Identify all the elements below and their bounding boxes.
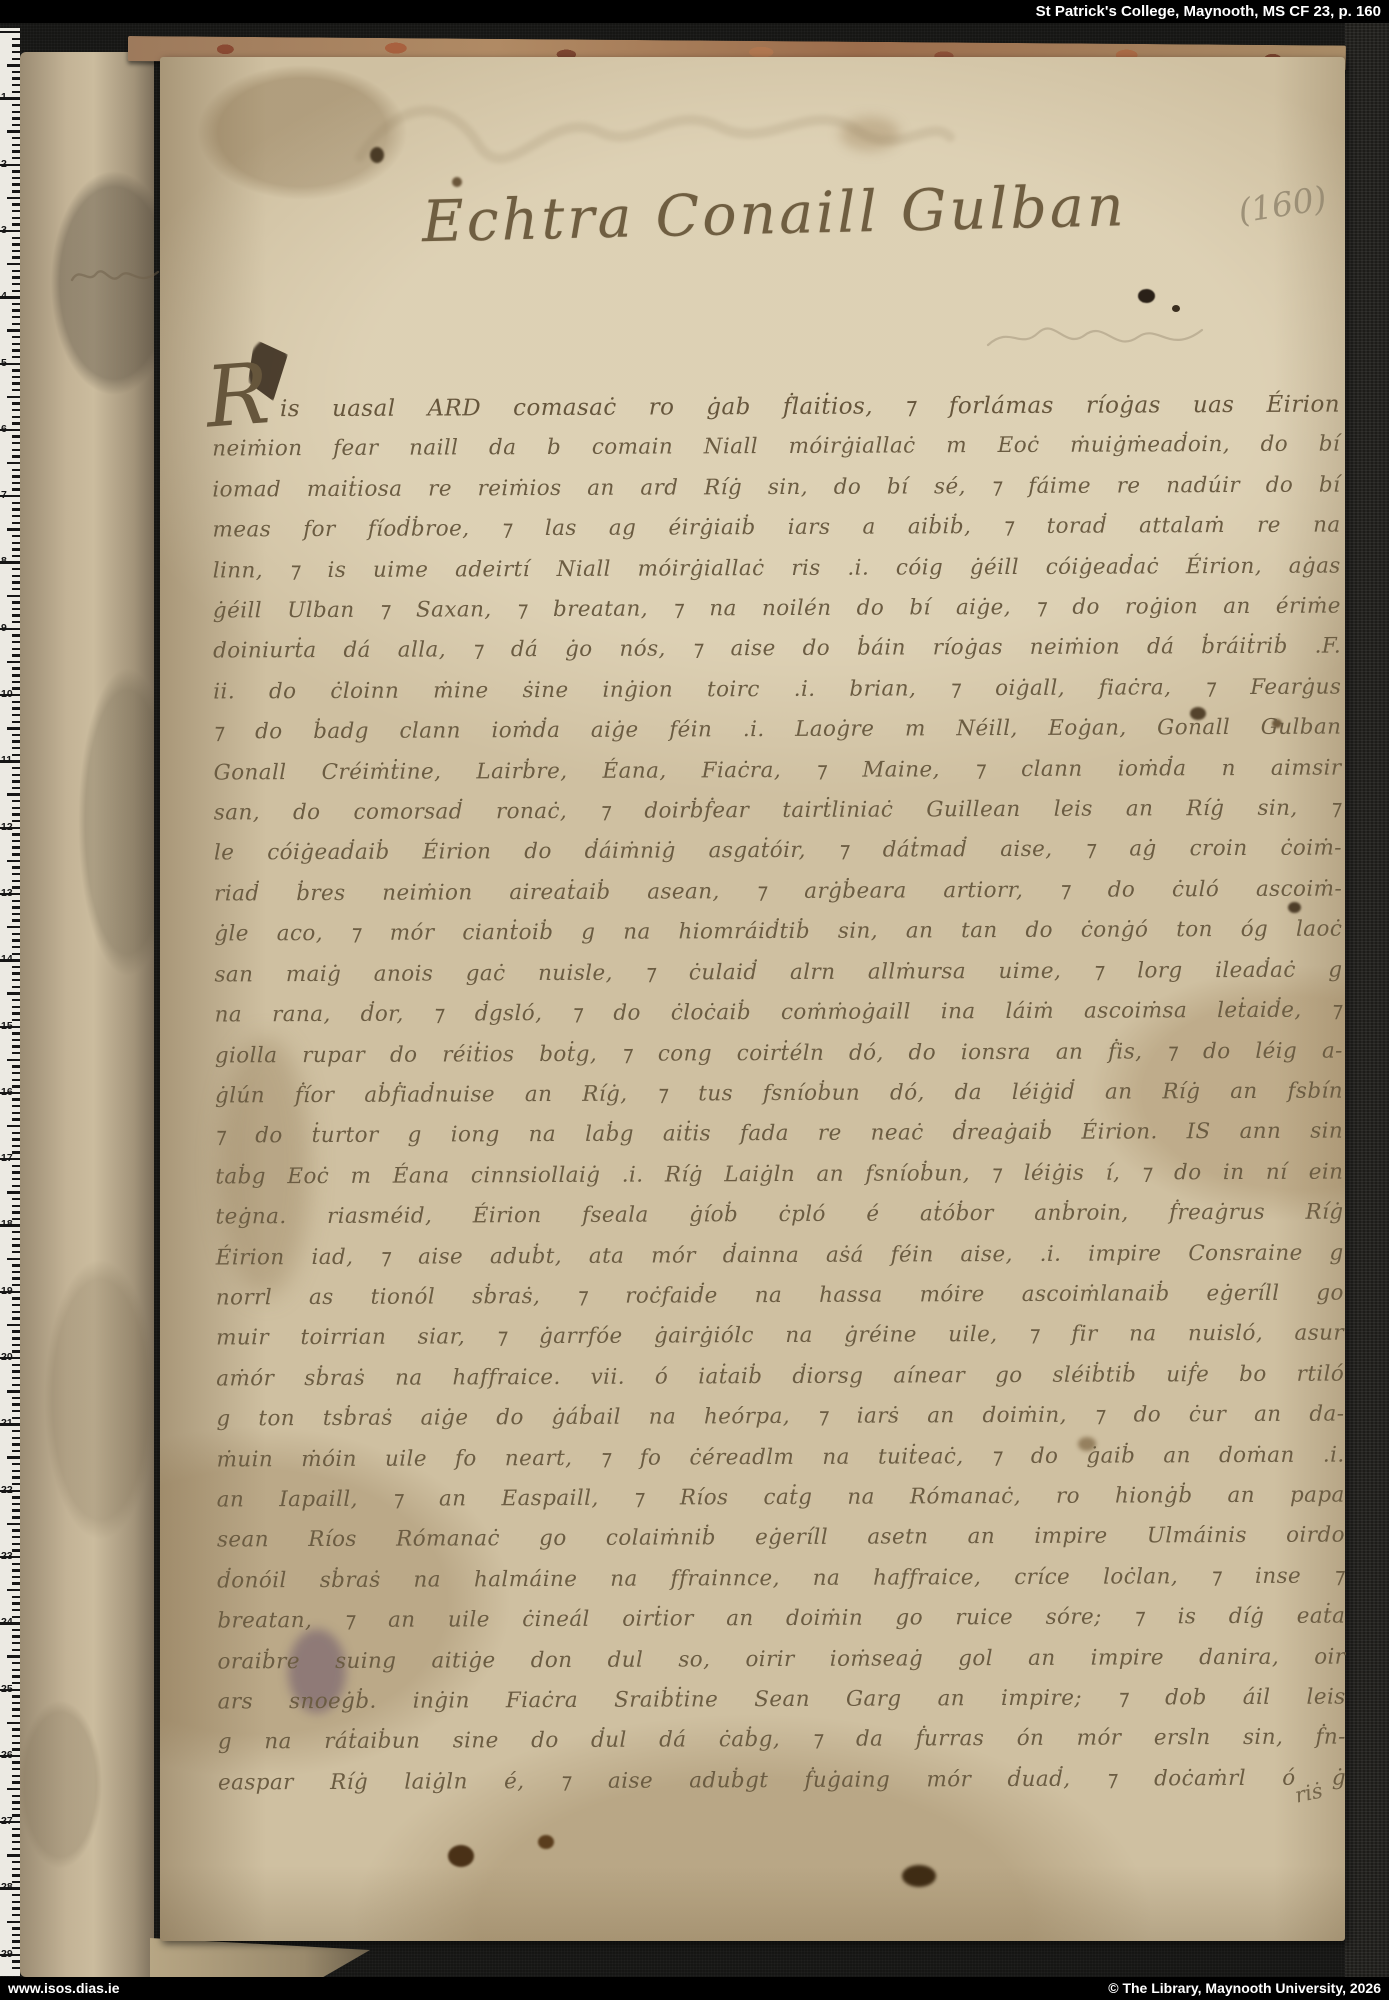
ruler-tick — [12, 846, 21, 848]
ruler-tick — [12, 111, 21, 113]
ruler-tick — [12, 1132, 21, 1134]
ruler-number: 22 — [1, 1484, 13, 1496]
ruler-tick — [12, 183, 21, 185]
ruler-tick — [0, 31, 20, 33]
ruler-tick — [7, 1059, 20, 1061]
ruler-tick — [7, 1390, 20, 1392]
manuscript-line: ġle aco, ⁊ mór cianṫoiḃ g na hiomráiḋtiḃ… — [214, 910, 1342, 955]
ruler-tick — [7, 1456, 20, 1458]
ruler-tick — [12, 522, 21, 524]
tale-title: Echtra Conaill Gulban — [421, 169, 1327, 256]
manuscript-line: Éirion iad, ⁊ aise aduḃt, ata mór ḋainna… — [216, 1233, 1344, 1278]
ruler-number: 2 — [1, 158, 13, 170]
ruler-tick — [12, 1364, 21, 1366]
ruler-tick — [12, 1430, 21, 1432]
ruler-tick — [12, 190, 21, 192]
ruler-tick — [12, 104, 21, 106]
ruler-tick — [12, 442, 21, 444]
ruler-tick — [12, 1596, 21, 1598]
ruler-tick — [12, 1901, 21, 1903]
ruler-tick — [12, 416, 21, 418]
ruler-tick — [12, 986, 21, 988]
ruler-tick — [12, 913, 21, 915]
manuscript-line: linn, ⁊ is uime adeirtí Niall móirġialla… — [213, 546, 1341, 591]
ruler-tick — [12, 1470, 21, 1472]
ruler-tick — [12, 667, 21, 669]
ruler-tick — [12, 1695, 21, 1697]
ruler-tick — [12, 1443, 21, 1445]
ruler-tick — [12, 767, 21, 769]
ruler-tick — [12, 1244, 21, 1246]
ruler-tick — [7, 793, 20, 795]
ruler-tick — [7, 1788, 20, 1790]
ruler-tick — [12, 1344, 21, 1346]
manuscript-line: taḃg Eoċ m Éana cinnsiollaiġ .i. Ríġ Lai… — [215, 1152, 1343, 1197]
ruler-tick — [12, 1065, 21, 1067]
ruler-tick — [12, 1735, 21, 1737]
ruler-tick — [12, 1277, 21, 1279]
fox-stain — [840, 117, 900, 151]
ruler-tick — [12, 1629, 21, 1631]
ruler-tick — [12, 1185, 21, 1187]
ruler-tick — [12, 1052, 21, 1054]
ruler-tick — [12, 641, 21, 643]
ruler-tick — [12, 747, 21, 749]
ruler-tick — [12, 999, 21, 1001]
ruler-tick — [12, 906, 21, 908]
ruler-tick — [12, 177, 21, 179]
manuscript-line: ⁊ do ḃadg clann ioṁḋa aiġe féin .i. Laoġ… — [213, 708, 1341, 753]
ruler-number: 21 — [1, 1417, 13, 1429]
ruler-tick — [12, 900, 21, 902]
ruler-number: 23 — [1, 1550, 13, 1562]
ruler-tick — [12, 1927, 21, 1929]
ruler-tick — [12, 170, 21, 172]
ruler-tick — [12, 1496, 21, 1498]
manuscript-line: ⁊ do ṫurtor g iong na laḃg aiṫis fada re… — [215, 1112, 1343, 1157]
ruler-tick — [12, 270, 21, 272]
ruler-tick — [12, 740, 21, 742]
ruler-tick — [7, 1921, 20, 1923]
ruler-tick — [12, 1602, 21, 1604]
ruler-tick — [12, 1834, 21, 1836]
ruler-tick — [12, 203, 21, 205]
ruler-tick — [7, 197, 20, 199]
ruler-tick — [12, 1211, 21, 1213]
ruler-tick — [12, 681, 21, 683]
ruler-tick — [12, 502, 21, 504]
manuscript-line: sean Ríos Rómanaċ go colaiṁniḃ eġeríll a… — [217, 1516, 1345, 1561]
ruler-tick — [12, 389, 21, 391]
ruler-tick — [12, 1543, 21, 1545]
ruler-tick — [12, 780, 21, 782]
ruler-tick — [12, 734, 21, 736]
ruler-tick — [12, 608, 21, 610]
footer-bar: www.isos.dias.ie © The Library, Maynooth… — [0, 1977, 1389, 2000]
ruler-tick — [12, 568, 21, 570]
ruler-tick — [12, 1403, 21, 1405]
ruler-tick — [12, 382, 21, 384]
ruler-tick — [12, 455, 21, 457]
ruler-tick — [12, 813, 21, 815]
ink-spot — [1172, 305, 1180, 312]
ruler-tick — [12, 1516, 21, 1518]
ruler-tick — [12, 1848, 21, 1850]
ruler-tick — [12, 1563, 21, 1565]
ruler-tick — [12, 1437, 21, 1439]
ruler-tick — [12, 1861, 21, 1863]
ruler-tick — [12, 1205, 21, 1207]
ruler-tick — [12, 1662, 21, 1664]
ruler-tick — [7, 1258, 20, 1260]
ruler-tick — [12, 1045, 21, 1047]
ruler-tick — [12, 648, 21, 650]
ruler-tick — [12, 1609, 21, 1611]
ruler-tick — [12, 84, 21, 86]
ruler-tick — [12, 515, 21, 517]
ruler-number: 28 — [1, 1881, 13, 1893]
ruler-tick — [12, 309, 21, 311]
ruler-tick — [7, 661, 20, 663]
ruler-tick — [12, 787, 21, 789]
ruler-tick — [12, 1894, 21, 1896]
manuscript-text-block: R is uasal ARD comasaċ ro ġab ḟlaiṫios, … — [212, 385, 1346, 1804]
ruler-tick — [12, 1463, 21, 1465]
ruler-tick — [12, 1165, 21, 1167]
ruler-tick — [7, 926, 20, 928]
ruler-tick — [12, 800, 21, 802]
header-bar: St Patrick's College, Maynooth, MS CF 23… — [0, 0, 1389, 23]
ruler-tick — [12, 707, 21, 709]
ruler-tick — [12, 1669, 21, 1671]
ruler-tick — [12, 1960, 21, 1962]
ruler-tick — [12, 1828, 21, 1830]
brown-spot — [902, 1865, 936, 1887]
ruler-tick — [12, 1198, 21, 1200]
ruler-tick — [12, 654, 21, 656]
ruler-tick — [12, 124, 21, 126]
ruler-tick — [12, 1311, 21, 1313]
ruler-tick — [12, 972, 21, 974]
ruler-tick — [12, 51, 21, 53]
manuscript-line: ġlún ḟíor aḃḟiaḋnuise an Ríġ, ⁊ tus fsní… — [215, 1071, 1343, 1116]
ruler-tick — [7, 130, 20, 132]
manuscript-line: san, do comorsaḋ ronaċ, ⁊ doirḃḟear tair… — [214, 789, 1342, 834]
ruler-number: 25 — [1, 1683, 13, 1695]
ruler-tick — [7, 1722, 20, 1724]
ruler-tick — [12, 1171, 21, 1173]
ruler-number: 19 — [1, 1285, 13, 1297]
manuscript-line: is uasal ARD comasaċ ro ġab ḟlaiṫios, ⁊ … — [212, 385, 1340, 430]
manuscript-line: teġna. riasméid, Éirion fseala ġíoḃ ċpló… — [215, 1193, 1343, 1238]
ruler-tick — [12, 833, 21, 835]
ruler-number: 1 — [1, 91, 13, 103]
ruler-tick — [12, 1377, 21, 1379]
ruler-tick — [12, 409, 21, 411]
ruler-tick — [7, 263, 20, 265]
ruler-tick — [12, 548, 21, 550]
shelfmark-caption: St Patrick's College, Maynooth, MS CF 23… — [1036, 3, 1381, 20]
ruler-tick — [12, 1569, 21, 1571]
ruler-tick — [12, 1503, 21, 1505]
ruler-tick — [12, 38, 21, 40]
ruler-tick — [12, 349, 21, 351]
ruler-tick — [12, 1801, 21, 1803]
manuscript-line: le cóiġeaḋaiḃ Éirion do ḋáiṁniġ asgaṫóir… — [214, 829, 1342, 874]
ruler-number: 11 — [1, 754, 13, 766]
ruler-tick — [12, 1072, 21, 1074]
ruler-tick — [12, 1337, 21, 1339]
ruler-tick — [12, 44, 21, 46]
ruler-tick — [12, 469, 21, 471]
ruler-tick — [12, 336, 21, 338]
ruler-number: 4 — [1, 290, 13, 302]
manuscript-line: iomad maiṫiosa re reiṁios an ard Ríġ sin… — [212, 465, 1340, 510]
ruler-number: 5 — [1, 357, 13, 369]
ruler-tick — [12, 614, 21, 616]
manuscript-line: giolla rupar do réiṫios boṫg, ⁊ cong coi… — [215, 1031, 1343, 1076]
faint-annotation-scribble — [980, 295, 1210, 365]
manuscript-line: Gonall Créiṁṫine, Lairḃre, Éana, Fiaċra,… — [214, 748, 1342, 793]
ruler-tick — [7, 1589, 20, 1591]
ruler-tick — [12, 376, 21, 378]
ruler-tick — [12, 1410, 21, 1412]
ruler-tick — [12, 1702, 21, 1704]
ruler-tick — [12, 1675, 21, 1677]
ruler-number: 20 — [1, 1351, 13, 1363]
ruler-tick — [12, 435, 21, 437]
ruler-tick — [12, 1761, 21, 1763]
ruler-tick — [12, 674, 21, 676]
ruler-tick — [7, 329, 20, 331]
ruler-tick — [12, 919, 21, 921]
ruler-tick — [12, 1304, 21, 1306]
ruler-tick — [7, 1324, 20, 1326]
ruler-tick — [12, 117, 21, 119]
ruler-tick — [12, 144, 21, 146]
ruler-tick — [12, 1079, 21, 1081]
ruler-tick — [12, 979, 21, 981]
ruler-tick — [12, 137, 21, 139]
manuscript-line: ii. do ċloinn ṁine ṡine inġion toirc .i.… — [213, 667, 1341, 712]
ruler-tick — [12, 449, 21, 451]
ruler-tick — [12, 1576, 21, 1578]
ruler-number: 3 — [1, 224, 13, 236]
ruler-tick — [7, 1854, 20, 1856]
manuscript-line: doiniurṫa dá alla, ⁊ dá ġo nós, ⁊ aise d… — [213, 627, 1341, 672]
ruler-tick — [7, 1125, 20, 1127]
ruler-number: 24 — [1, 1616, 13, 1628]
ruler-tick — [7, 1655, 20, 1657]
manuscript-line: breatan, ⁊ an uile ċineál oirṫior an doi… — [217, 1597, 1345, 1642]
ruler-tick — [12, 1808, 21, 1810]
ruler-number: 10 — [1, 688, 13, 700]
manuscript-line: ġéill Ulban ⁊ Saxan, ⁊ breatan, ⁊ na noi… — [213, 587, 1341, 632]
ruler-number: 26 — [1, 1749, 13, 1761]
ruler-number: 27 — [1, 1815, 13, 1827]
ruler-tick — [12, 482, 21, 484]
ruler-tick — [12, 1907, 21, 1909]
brown-spot — [448, 1845, 474, 1867]
ruler-tick — [12, 256, 21, 258]
ruler-tick — [12, 1032, 21, 1034]
ruler-tick — [12, 1476, 21, 1478]
manuscript-line: norrl as tionól sḃraṡ, ⁊ roċfaiḋe na has… — [216, 1273, 1344, 1318]
ruler-tick — [12, 475, 21, 477]
ruler-number: 17 — [1, 1152, 13, 1164]
ruler-number: 15 — [1, 1020, 13, 1032]
ruler-tick — [12, 1370, 21, 1372]
backdrop-cloth — [1345, 23, 1389, 1977]
ruler-tick — [12, 1271, 21, 1273]
ruler-tick — [7, 528, 20, 530]
ruler-number: 7 — [1, 489, 13, 501]
ruler-tick — [12, 283, 21, 285]
ruler-tick — [12, 1529, 21, 1531]
manuscript-line: neiṁion fear naill da b comain Niall mói… — [212, 425, 1340, 470]
ruler-tick — [12, 369, 21, 371]
ruler-tick — [12, 1874, 21, 1876]
ruler-tick — [12, 1450, 21, 1452]
ruler-tick — [12, 853, 21, 855]
manuscript-line: g na ráṫaiḃun sine do ḋul dá ċaḃg, ⁊ da … — [218, 1718, 1346, 1763]
manuscript-line: oraiḃre suing aitiġe don dul so, oirir i… — [217, 1637, 1345, 1682]
book-cover-edge — [20, 52, 154, 1977]
fox-spot — [370, 147, 384, 163]
ruler-tick — [12, 1317, 21, 1319]
ruler-tick — [12, 343, 21, 345]
ruler-tick — [12, 1742, 21, 1744]
ruler-number: 8 — [1, 555, 13, 567]
catchword: riṡ — [1293, 1778, 1325, 1807]
manuscript-line: g ton tsḃraṡ aiġe do ġáḃail na heórpa, ⁊… — [216, 1395, 1344, 1440]
ink-spot — [1138, 289, 1155, 303]
ruler-tick — [12, 1330, 21, 1332]
ruler-tick — [7, 992, 20, 994]
manuscript-line: na rana, ḋor, ⁊ ḋgsló, ⁊ do ċloċaiḃ coṁṁ… — [215, 991, 1343, 1036]
ruler-tick — [12, 1967, 21, 1969]
ruler-tick — [12, 1715, 21, 1717]
ruler-tick — [12, 1012, 21, 1014]
fox-spot — [452, 177, 462, 187]
ruler-tick — [12, 243, 21, 245]
ruler-number: 14 — [1, 953, 13, 965]
ruler-tick — [12, 217, 21, 219]
ruler-tick — [12, 1231, 21, 1233]
website-caption: www.isos.dias.ie — [8, 1977, 120, 2000]
ruler-tick — [12, 1397, 21, 1399]
ruler-tick — [12, 866, 21, 868]
ruler-tick — [12, 575, 21, 577]
ruler-tick — [12, 1178, 21, 1180]
ruler-tick — [12, 1582, 21, 1584]
ruler-number: 6 — [1, 423, 13, 435]
brown-spot — [538, 1835, 554, 1849]
ruler-tick — [12, 581, 21, 583]
ruler-tick — [12, 1868, 21, 1870]
ruler-tick — [12, 939, 21, 941]
ruler-tick — [12, 237, 21, 239]
manuscript-line: easpar Ríġ laiġln é, ⁊ aise aduḃgt ḟuġai… — [218, 1758, 1346, 1803]
ruler-tick — [12, 840, 21, 842]
ruler-tick — [12, 316, 21, 318]
manuscript-line: ṁuin ṁóin uile fo neart, ⁊ fo ċéreadlm n… — [217, 1435, 1345, 1480]
ruler-tick — [12, 1384, 21, 1386]
ruler-tick — [12, 1536, 21, 1538]
manuscript-line: meas for fíoḋḃroe, ⁊ las ag éirġiaiḃ iar… — [212, 506, 1340, 551]
ruler-tick — [12, 1297, 21, 1299]
ruler-tick — [12, 1118, 21, 1120]
ruler-tick — [12, 1112, 21, 1114]
ruler-tick — [12, 1914, 21, 1916]
ruler-tick — [12, 250, 21, 252]
ruler-tick — [12, 1642, 21, 1644]
ruler-tick — [12, 807, 21, 809]
ruler-tick — [12, 701, 21, 703]
ruler-tick — [12, 1635, 21, 1637]
ruler-tick — [12, 601, 21, 603]
ruler-tick — [7, 64, 20, 66]
ruler-tick — [12, 946, 21, 948]
ruler-tick — [12, 1039, 21, 1041]
ruler-tick — [7, 396, 20, 398]
ruler-tick — [7, 595, 20, 597]
ruler-tick — [12, 721, 21, 723]
ruler-number: 18 — [1, 1218, 13, 1230]
ruler-tick — [12, 1781, 21, 1783]
ruler-tick — [12, 542, 21, 544]
ruler-tick — [7, 1523, 20, 1525]
ruler-tick — [12, 1795, 21, 1797]
ruler-tick — [12, 71, 21, 73]
ruler-number: 16 — [1, 1086, 13, 1098]
ruler-tick — [12, 1264, 21, 1266]
ruler-tick — [12, 1145, 21, 1147]
manuscript-line: ḋonóil sḃraṡ na halmáine na ffrainnce, n… — [217, 1556, 1345, 1601]
ruler-tick — [12, 933, 21, 935]
ruler-tick — [12, 1934, 21, 1936]
ruler-tick — [12, 1138, 21, 1140]
ruler-tick — [7, 462, 20, 464]
ruler-tick — [12, 1728, 21, 1730]
ruler-tick — [12, 1006, 21, 1008]
ruler-tick — [12, 150, 21, 152]
ruler-tick — [7, 1191, 20, 1193]
ruler-tick — [12, 508, 21, 510]
lower-board-edge — [150, 1938, 370, 1978]
digitized-manuscript-photo: St Patrick's College, Maynooth, MS CF 23… — [0, 0, 1389, 2000]
ruler-tick — [12, 588, 21, 590]
ruler-tick — [12, 77, 21, 79]
ruler-tick — [12, 1841, 21, 1843]
ruler-number: 12 — [1, 821, 13, 833]
manuscript-line: aṁór sḃraṡ na haffraice. vii. ó iaṫaiḃ ḋ… — [216, 1354, 1344, 1399]
ruler-tick — [7, 860, 20, 862]
ruler-tick — [12, 774, 21, 776]
ruler-tick — [12, 1105, 21, 1107]
ruler-tick — [12, 535, 21, 537]
ruler-tick — [12, 714, 21, 716]
ruler-tick — [12, 1098, 21, 1100]
ruler-tick — [12, 1238, 21, 1240]
ruler-number: 13 — [1, 887, 13, 899]
ruler-number: 29 — [1, 1948, 13, 1960]
manuscript-line: ars snoeġḃ. inġin Fiaċra Sraiḃṫine Sean … — [218, 1678, 1346, 1723]
ruler-tick — [12, 1708, 21, 1710]
manuscript-page: (160) Echtra Conaill Gulban R is uasal A… — [160, 57, 1345, 1941]
ruler-number: 9 — [1, 622, 13, 634]
ruler-tick — [12, 303, 21, 305]
